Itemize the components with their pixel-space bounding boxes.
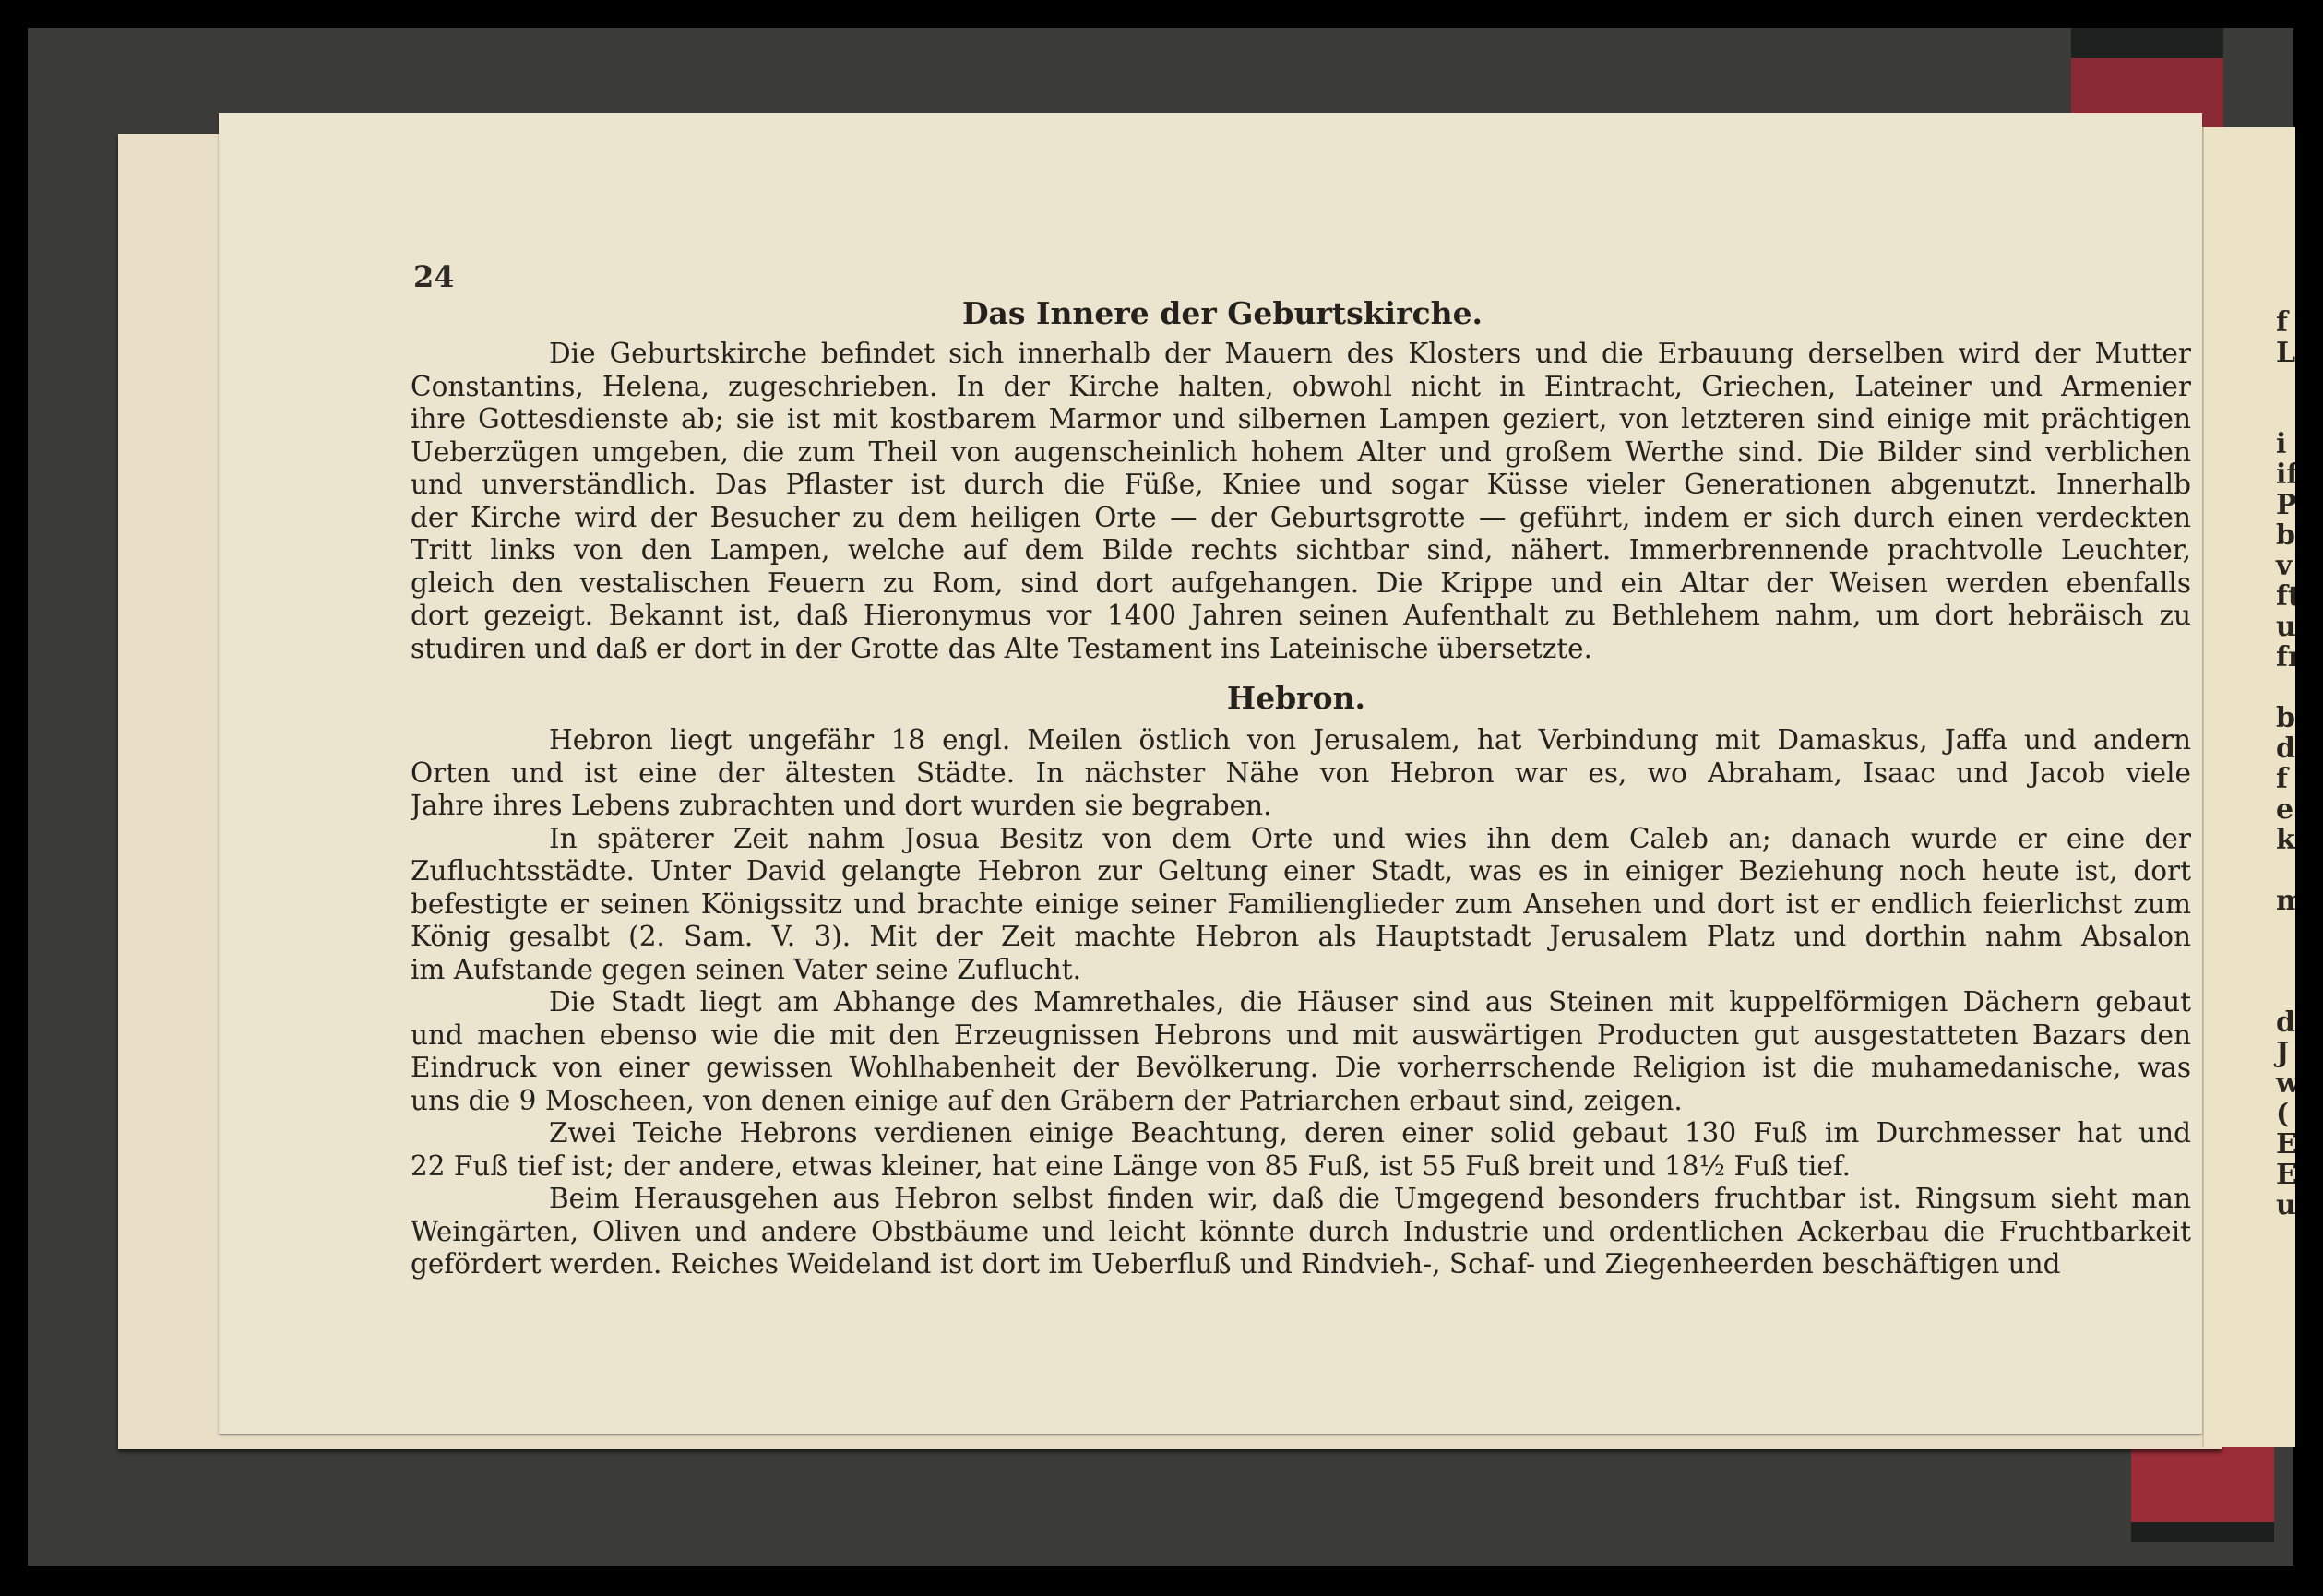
section-heading: Das Innere der Geburtskirche.: [411, 295, 2191, 332]
next-page-text: f L i if P b v ft u fr b d f e k m d J w…: [2276, 307, 2295, 1221]
text-line: studiren und daß er dort in der Grotte d…: [411, 633, 2191, 666]
text-line: 22 Fuß tief ist; der andere, etwas klein…: [411, 1150, 2191, 1184]
text-line: gefördert werden. Reiches Weideland ist …: [411, 1248, 2191, 1281]
text-line: uns die 9 Moscheen, von denen einige auf…: [411, 1085, 2191, 1118]
text-line: Die Geburtskirche befindet sich innerhal…: [411, 338, 2191, 371]
text-line: der Kirche wird der Besucher zu dem heil…: [411, 502, 2191, 535]
text-line: Hebron liegt ungefähr 18 engl. Meilen ös…: [411, 724, 2191, 757]
paragraph: Die Stadt liegt am Abhange des Mamrethal…: [411, 986, 2191, 1117]
text-line: Zwei Teiche Hebrons verdienen einige Bea…: [411, 1117, 2191, 1150]
paragraph: In späterer Zeit nahm Josua Besitz von d…: [411, 823, 2191, 987]
text-line: dort gezeigt. Bekannt ist, daß Hieronymu…: [411, 600, 2191, 633]
paragraph: Die Geburtskirche befindet sich innerhal…: [411, 338, 2191, 665]
text-line: Orten und ist eine der ältesten Städte. …: [411, 757, 2191, 791]
text-line: Die Stadt liegt am Abhange des Mamrethal…: [411, 986, 2191, 1019]
page-number: 24: [413, 259, 455, 294]
text-line: befestigte er seinen Königssitz und brac…: [411, 888, 2191, 922]
text-line: gleich den vestalischen Feuern zu Rom, s…: [411, 567, 2191, 601]
book-binding-bottom: [2131, 1447, 2274, 1542]
paragraph: Zwei Teiche Hebrons verdienen einige Bea…: [411, 1117, 2191, 1183]
text-line: Weingärten, Oliven und andere Obstbäume …: [411, 1216, 2191, 1249]
text-line: ihre Gottesdienste ab; sie ist mit kostb…: [411, 403, 2191, 436]
text-line: und unverständlich. Das Pflaster ist dur…: [411, 469, 2191, 502]
text-line: im Aufstande gegen seinen Vater seine Zu…: [411, 954, 2191, 987]
next-page-fragment: f L i if P b v ft u fr b d f e k m d J w…: [2202, 127, 2295, 1447]
paragraph: Beim Herausgehen aus Hebron selbst finde…: [411, 1183, 2191, 1281]
text-line: König gesalbt (2. Sam. V. 3). Mit der Ze…: [411, 921, 2191, 954]
text-line: Ueberzügen umgeben, die zum Theil von au…: [411, 436, 2191, 470]
page-text: Das Innere der Geburtskirche. Die Geburt…: [411, 295, 2191, 1281]
text-line: Constantins, Helena, zugeschrieben. In d…: [411, 371, 2191, 404]
text-line: Zufluchtsstädte. Unter David gelangte He…: [411, 855, 2191, 888]
paragraph: Hebron liegt ungefähr 18 engl. Meilen ös…: [411, 724, 2191, 823]
text-line: In späterer Zeit nahm Josua Besitz von d…: [411, 823, 2191, 856]
text-line: Eindruck von einer gewissen Wohlhabenhei…: [411, 1052, 2191, 1085]
text-line: Tritt links von den Lampen, welche auf d…: [411, 534, 2191, 567]
text-line: Jahre ihres Lebens zubrachten und dort w…: [411, 790, 2191, 823]
text-line: Beim Herausgehen aus Hebron selbst finde…: [411, 1183, 2191, 1216]
text-line: und machen ebenso wie die mit den Erzeug…: [411, 1019, 2191, 1053]
section-heading: Hebron.: [411, 678, 2191, 719]
